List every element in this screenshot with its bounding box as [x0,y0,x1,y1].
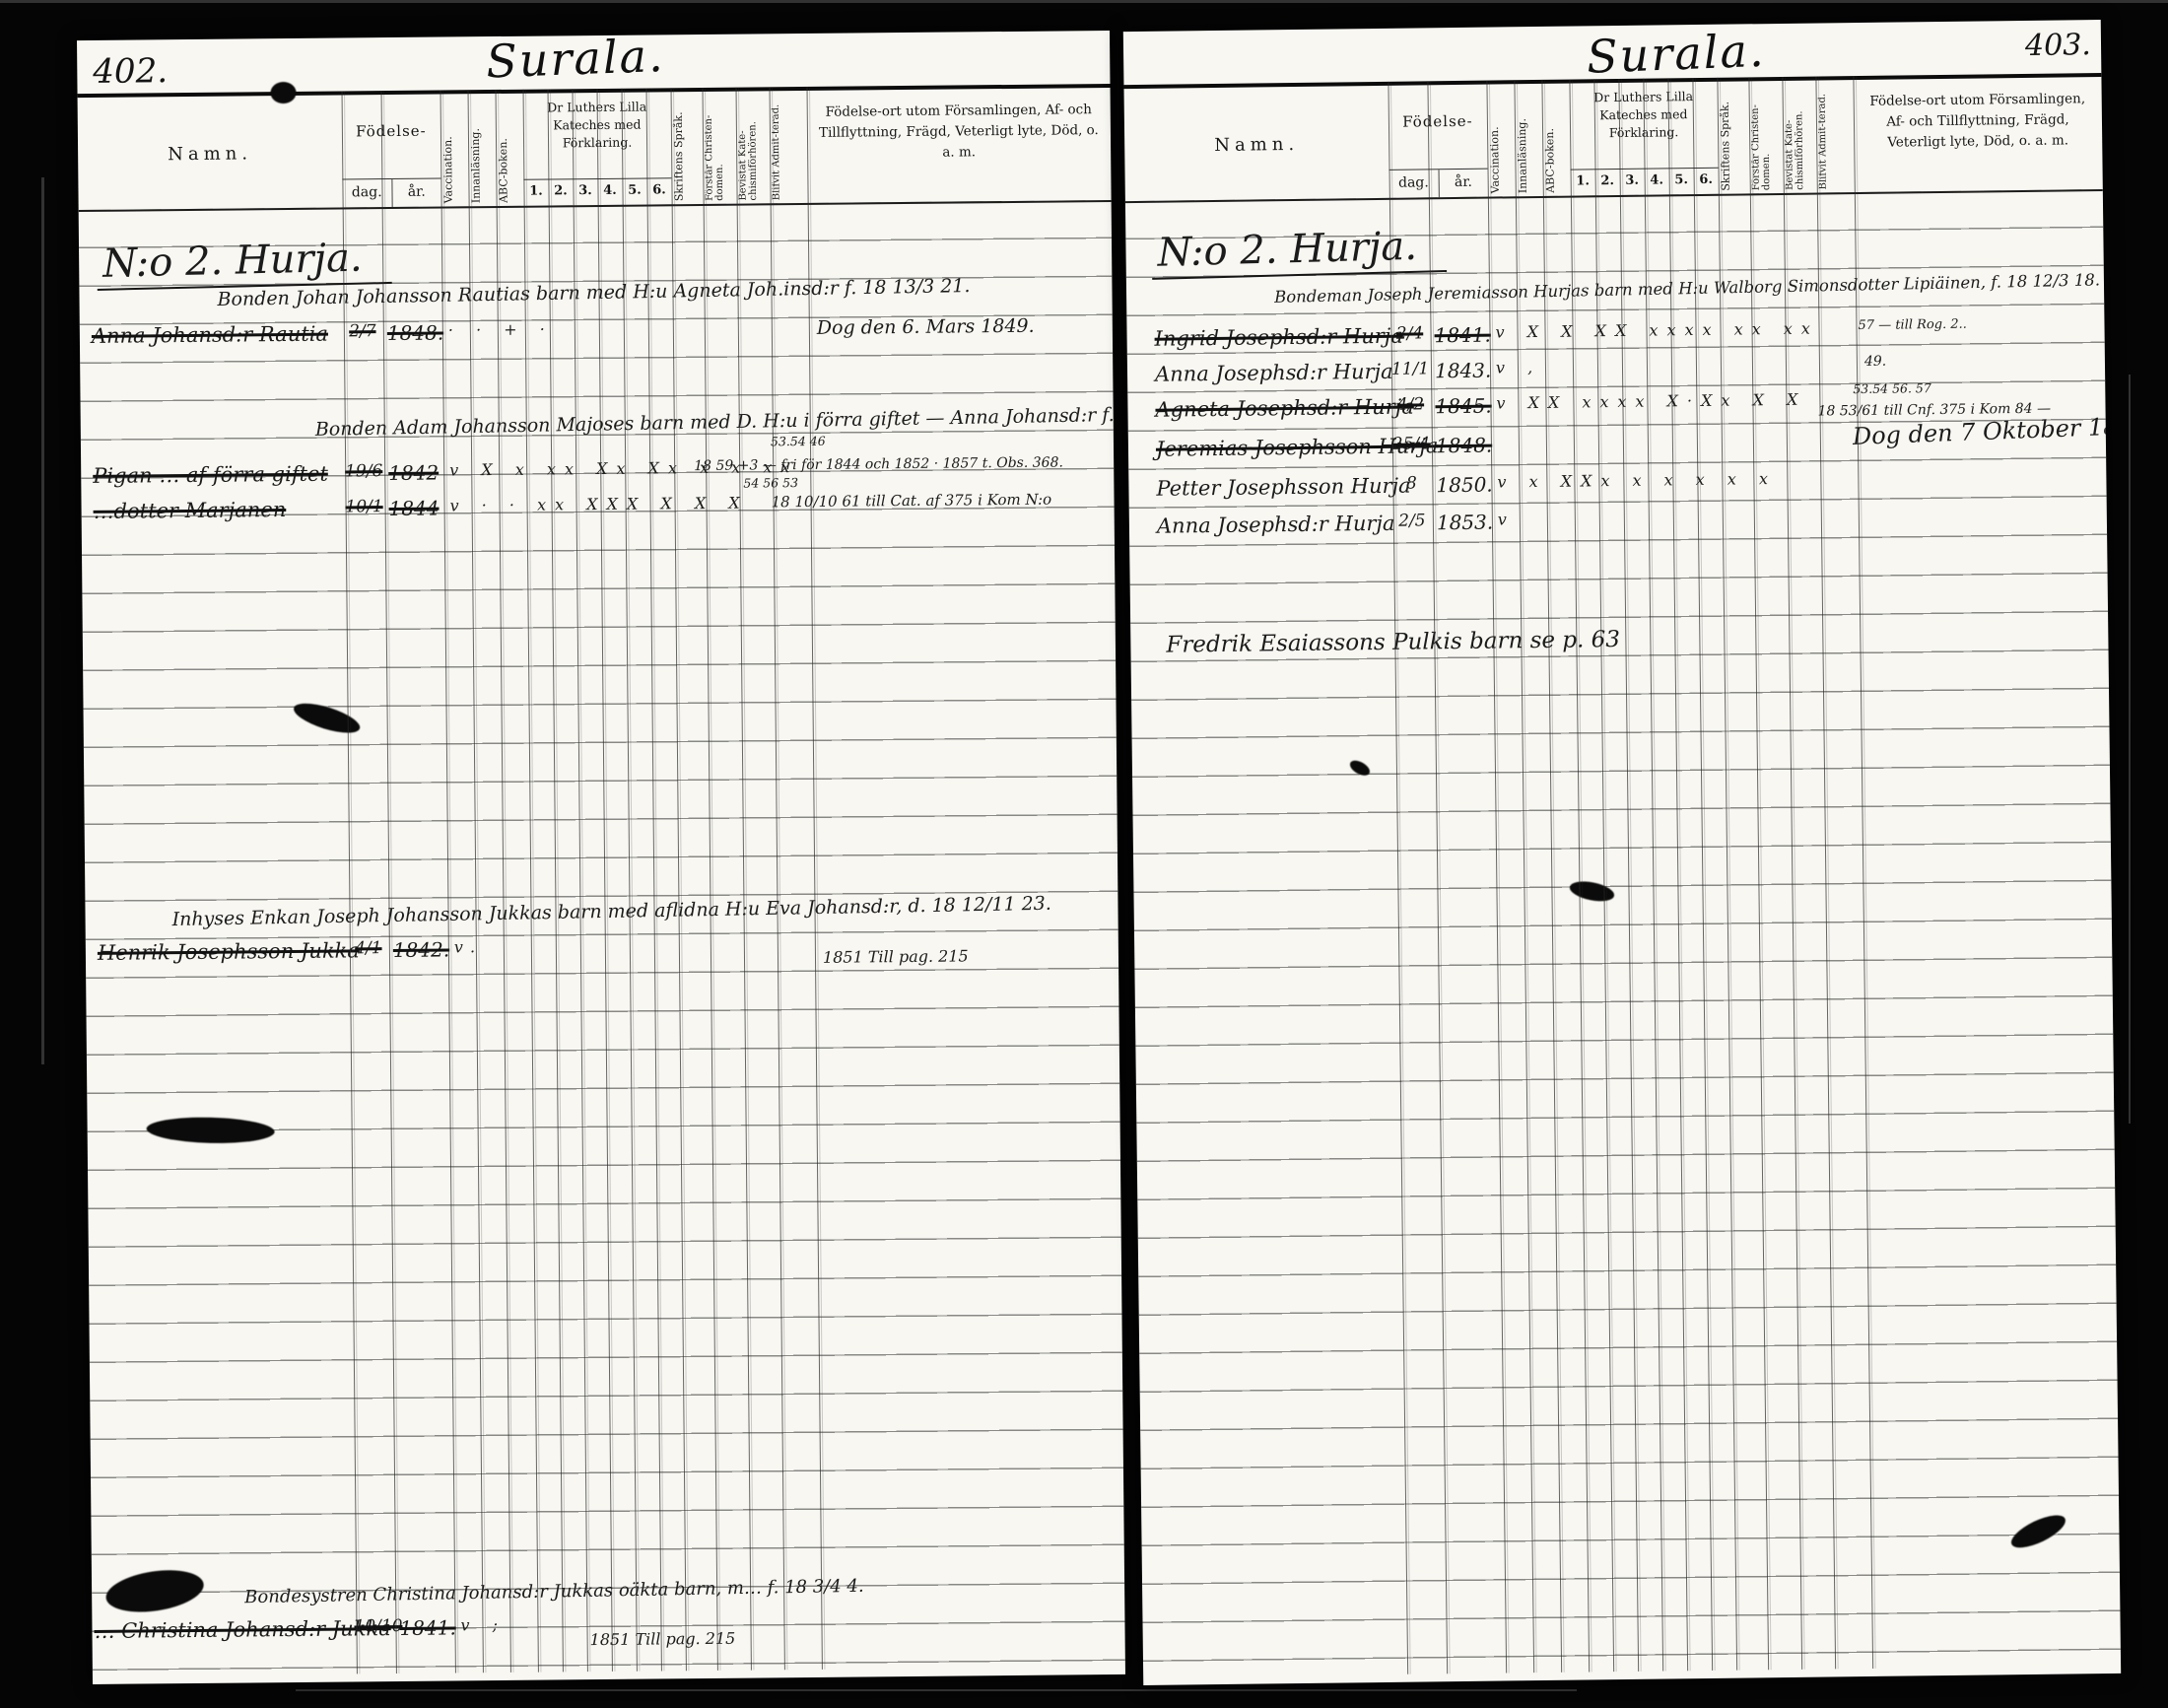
entry-note: 1851 Till pag. 215 [823,946,969,966]
col-header-fodelse: Födelse- dag. år. [342,91,441,208]
entry-birth-day: 2/7 [342,321,383,341]
entry-marks: v XX xxxx X·Xx X X [1496,390,1806,413]
entry-birth-day: 8 [1390,473,1432,494]
col-header-forstar: Förstår Christen-domen. [705,91,737,201]
page-right: Surala. 403. Namn. Födelse- dag. år. Vac… [1123,20,2121,1685]
entry-name: Ingrid Josephsd:r Hurja [1154,324,1403,351]
entry-birth-day: 10/1 [343,497,384,516]
entry-birth-year: 1841. [1434,323,1493,348]
col-header-innanlasning: Innanläsning. [470,93,497,203]
entry-birth-year: 1845. [1435,394,1494,419]
record-table: Namn. Födelse- dag. år. Vaccination. Inn… [1123,73,2121,1677]
entry-marks: v · · xx XXX X X X [449,494,748,515]
page-left: 402. Surala. Namn. Födelse- dag. år. Vac… [77,31,1125,1684]
entry-note: 49. [1864,354,1886,370]
col-header-blifvit: Blifvit Admit-terad. [772,90,808,200]
kateches-num: 1. [523,179,548,205]
household-heading: N:o 2. Hurja. [1151,223,1448,280]
entry-birth-year: 1850. [1436,473,1495,498]
col-header-ar: år. [391,179,441,207]
entry-name: … Christina Johansd:r Jukka [94,1616,390,1643]
col-header-skriftens: Skriftens Språk. [1719,80,1749,190]
col-header-blifvit: Blifvit Admit-terad. [1817,79,1854,189]
kateches-num: 4. [597,179,622,205]
entry-note: 53.54 56. 57 [1853,380,1931,396]
page-number: 403. [2025,28,2091,63]
record-table: Namn. Födelse- dag. år. Vaccination. Inn… [78,84,1125,1676]
entry-marks: v. [454,937,484,956]
kateches-num: 2. [548,179,573,205]
col-header-abc: ABC-boken. [1543,83,1570,193]
entry-birth-day: 11/1 [1389,359,1431,379]
kateches-num: 5. [622,179,646,205]
col-header-bevistat: Bevistat Kate-chismiförhören. [1784,80,1816,190]
entry-name: …dotter Marjanen [93,498,286,523]
entry-note: Dog den 6. Mars 1849. [817,315,1035,339]
scan-noise [2129,375,2131,1124]
entry-birth-day: 2/5 [1391,511,1433,531]
kateches-num: 5. [1669,169,1694,194]
col-header-forstar: Förstår Christen-domen. [1750,80,1783,190]
kateches-num: 6. [646,178,671,204]
kateches-num: 2. [1595,170,1620,195]
entry-marks: v x XXx x x x x x [1497,469,1777,491]
col-header-dag: dag. [1389,170,1439,198]
entry-note-small: 54 56 53 [743,475,798,491]
entry-name: Anna Josephsd:r Hurja [1157,512,1395,538]
col-header-skriftens: Skriftens Språk. [673,91,704,201]
entry-note: 18 10/10 61 till Cat. af 375 i Kom N:o [771,491,1051,512]
document-scan: 402. Surala. Namn. Födelse- dag. år. Vac… [0,0,2168,1708]
entry-birth-year: 1844 [388,496,447,520]
ink-blot [270,82,296,103]
entry-birth-year: 1853. [1437,511,1496,535]
entry-birth-day: 19/6 [343,461,384,481]
col-header-innanlasning: Innanläsning. [1516,83,1542,193]
household-heading: N:o 2. Hurja. [97,235,393,291]
kateches-num: 3. [573,179,597,205]
col-header-vaccination: Vaccination. [1488,83,1515,193]
entry-marks: v , [1496,358,1541,377]
kateches-num: 1. [1571,170,1595,195]
entry-birth-day: 4/2 [1389,394,1431,415]
entry-name: Pigan … af förra giftet [93,462,328,488]
col-header-notes: Födelse-ort utom Församlingen, Af- och T… [807,84,1112,219]
entry-birth-day: 25/4 [1390,434,1432,454]
col-header-fodelse: Födelse- dag. år. [1388,81,1487,198]
entry-name: Anna Josephsd:r Hurja [1155,360,1393,386]
page-title: Surala. [1586,24,1766,84]
page-title: Surala. [485,31,665,88]
col-header-bevistat: Bevistat Kate-chismiförhören. [738,90,771,200]
entry-name: Agneta Josephsd:r Hurja [1155,395,1414,422]
entry-note: 18 59 +3 — fri för 1844 och 1852 · 1857 … [694,454,1063,474]
col-header-abc: ABC-boken. [498,93,524,203]
table-header: Namn. Födelse- dag. år. Vaccination. Inn… [1123,73,2102,203]
col-header-fodelse-label: Födelse- [342,91,440,141]
scan-noise [0,0,2168,3]
kateches-num: 6. [1694,169,1719,194]
entry-birth-day: 2/4 [1389,323,1430,344]
entry-birth-year: 1841. [399,1615,458,1640]
kateches-num: 3. [1620,170,1645,195]
scan-noise [296,1689,1577,1691]
table-header: Namn. Födelse- dag. år. Vaccination. Inn… [78,84,1112,212]
entry-name: Anna Johansd:r Rautia [92,322,328,348]
entry-marks: v ; [460,1615,507,1634]
entry-name: Petter Josephsson Hurja [1156,474,1410,501]
col-header-ar: år. [1438,170,1488,198]
entry-birth-year: 1842. [393,937,452,962]
entry-marks: · · + · [448,319,554,339]
entry-birth-year: 1843. [1435,359,1494,383]
entry-note: 57 — till Rog. 2.. [1858,317,1967,333]
entry-name: Henrik Josephsson Jukka [98,938,360,965]
col-header-dag: dag. [342,179,391,207]
scan-noise [41,177,44,1064]
group-heading-small-note: 53.54 46 [771,434,826,449]
entry-birth-day: 4/1 [348,938,389,958]
entry-marks: v [1498,510,1516,528]
col-header-fodelse-label: Födelse- [1388,81,1487,131]
col-header-notes: Födelse-ort utom Församlingen, Af- och T… [1853,73,2103,208]
entry-birth-year: 1848. [387,320,446,345]
entry-birth-day: 10/10 [354,1616,395,1636]
entry-birth-year: 1842 [388,460,447,485]
kateches-num: 4. [1645,169,1669,194]
page-number: 402. [93,51,168,92]
col-header-vaccination: Vaccination. [442,93,469,203]
entry-birth-year: 1848. [1436,434,1495,458]
